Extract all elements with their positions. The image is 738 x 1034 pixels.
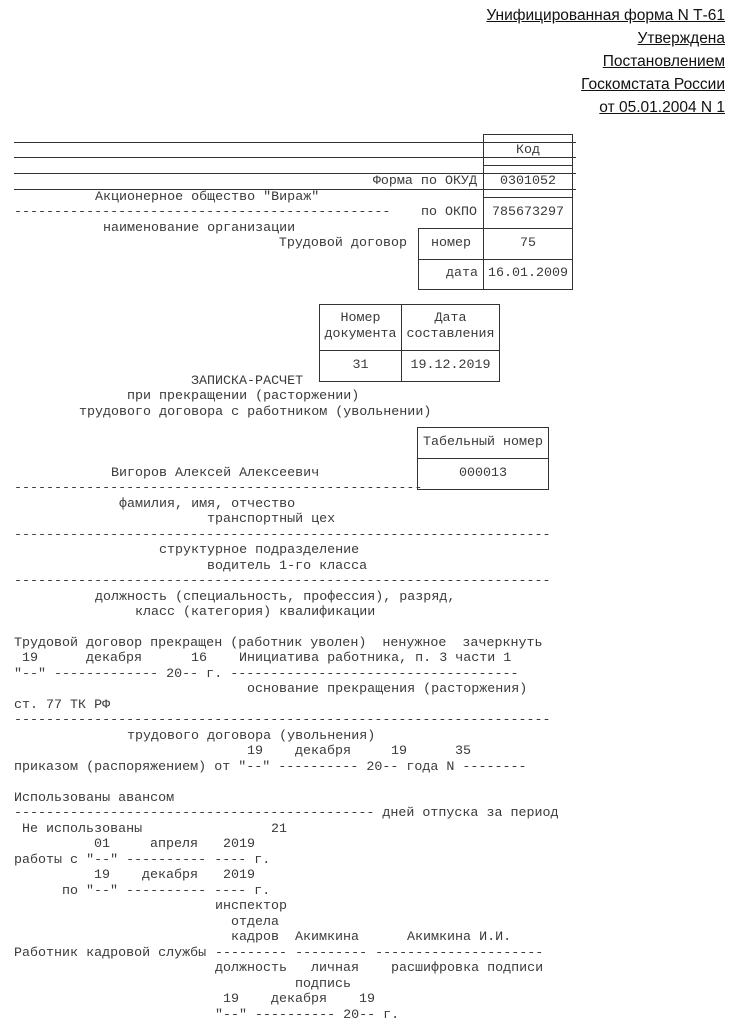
organization-caption: наименование организации — [103, 221, 295, 237]
period-to-day: 19 — [94, 868, 110, 884]
signature-caption: личная — [311, 961, 359, 977]
document-subtitle: трудового договора с работником (увольне… — [79, 405, 431, 421]
basis-caption: основание прекращения (расторжения) — [247, 682, 527, 698]
tab-number: 000013 — [418, 466, 548, 482]
signature-month: декабря — [271, 992, 327, 1008]
table-divider — [319, 350, 500, 351]
hr-position: инспектор — [215, 899, 287, 915]
doc-number-header: документа — [320, 327, 401, 343]
document-title: ЗАПИСКА-РАСЧЕТ — [191, 374, 303, 390]
okpo-code: 785673297 — [484, 205, 572, 221]
name-caption: расшифровка подписи — [391, 961, 543, 977]
vacation-days-line: ----------------------------------------… — [14, 806, 559, 822]
divider — [418, 259, 573, 260]
hr-position: кадров — [231, 930, 279, 946]
contract-number-label: номер — [419, 236, 483, 252]
order-month: декабря — [295, 744, 351, 760]
position-caption: класс (категория) квалификации — [135, 605, 375, 621]
doc-date-header: составления — [402, 327, 499, 343]
position: водитель 1-го класса — [207, 559, 367, 575]
approved-label: Утверждена — [638, 29, 725, 49]
signature-caption: подпись — [295, 977, 351, 993]
period-from-month: апреля — [150, 837, 198, 853]
period-to-month: декабря — [142, 868, 198, 884]
divider — [418, 228, 573, 229]
order-day: 19 — [247, 744, 263, 760]
termination-month: декабря — [86, 651, 142, 667]
contract-label: Трудовой договор — [200, 236, 407, 252]
termination-statement: Трудовой договор прекращен (работник уво… — [14, 636, 543, 652]
period-to-year: 2019 — [223, 868, 255, 884]
department-caption: структурное подразделение — [159, 543, 359, 559]
period-from-year: 2019 — [223, 837, 255, 853]
employee-name: Вигоров Алексей Алексеевич — [111, 466, 319, 482]
vacation-days: 21 — [271, 822, 287, 838]
doc-number-header: Номер — [320, 311, 401, 327]
okud-code: 0301052 — [484, 174, 572, 190]
period-to-line: по "--" ---------- ---- г. — [62, 884, 270, 900]
dash-line: ----------------------------------------… — [14, 481, 422, 497]
organization-dash-line: ----------------------------------------… — [14, 205, 390, 221]
termination-basis: Инициатива работника, п. 3 части 1 — [239, 651, 511, 667]
termination-day: 19 — [22, 651, 38, 667]
divider — [483, 197, 573, 198]
order-number: 35 — [455, 744, 471, 760]
decree-date: от 05.01.2004 N 1 — [599, 98, 725, 118]
okud-label: Форма по ОКУД — [300, 174, 477, 190]
doc-number: 31 — [320, 358, 401, 374]
organization-name: Акционерное общество "Вираж" — [95, 190, 319, 206]
dash-line: ----------------------------------------… — [14, 528, 551, 544]
contract-date: 16.01.2009 — [484, 266, 572, 282]
department: транспортный цех — [207, 512, 335, 528]
signature-day: 19 — [223, 992, 239, 1008]
contract-date-label: дата — [419, 266, 478, 282]
document-subtitle: при прекращении (расторжении) — [127, 389, 359, 405]
contract-number: 75 — [484, 236, 572, 252]
table-divider — [417, 458, 549, 459]
dash-line: ----------------------------------------… — [14, 574, 551, 590]
hr-signature: Акимкина — [295, 930, 359, 946]
order-year: 19 — [391, 744, 407, 760]
code-column-right — [572, 134, 573, 290]
signature-year: 19 — [359, 992, 375, 1008]
divider — [483, 134, 573, 135]
hr-position: отдела — [231, 915, 279, 931]
position-caption: должность (специальность, профессия), ра… — [95, 590, 455, 606]
termination-date-line: "--" ------------- 20-- г. -------------… — [14, 667, 518, 683]
article-reference: ст. 77 ТК РФ — [14, 698, 110, 714]
signature-date-line: "--" ---------- 20-- г. — [215, 1008, 399, 1024]
dash-line: ----------------------------------------… — [14, 713, 551, 729]
code-header: Код — [484, 143, 572, 159]
order-line: приказом (распоряжением) от "--" -------… — [14, 760, 526, 776]
doc-date: 19.12.2019 — [402, 358, 499, 374]
okpo-label: по ОКПО — [390, 205, 477, 221]
form-number: Унифицированная форма N Т-61 — [486, 6, 725, 26]
agency-label: Госкомстата России — [581, 75, 725, 95]
hr-label: Работник кадровой службы — [14, 946, 206, 962]
divider — [418, 289, 573, 290]
name-caption: фамилия, имя, отчество — [119, 497, 295, 513]
contract-caption: трудового договора (увольнения) — [127, 729, 375, 745]
doc-date-header: Дата — [402, 311, 499, 327]
termination-year: 16 — [191, 651, 207, 667]
position-caption: должность — [215, 961, 287, 977]
divider — [483, 165, 573, 166]
period-from-day: 01 — [94, 837, 110, 853]
tab-number-header: Табельный номер — [418, 435, 548, 451]
used-advance-label: Использованы авансом — [14, 791, 174, 807]
not-used-label: Не использованы — [22, 822, 142, 838]
period-from-line: работы с "--" ---------- ---- г. — [14, 853, 270, 869]
decree-label: Постановлением — [603, 52, 725, 72]
hr-name: Акимкина И.И. — [407, 930, 511, 946]
signature-dash-line: --------- --------- --------------------… — [215, 946, 543, 962]
